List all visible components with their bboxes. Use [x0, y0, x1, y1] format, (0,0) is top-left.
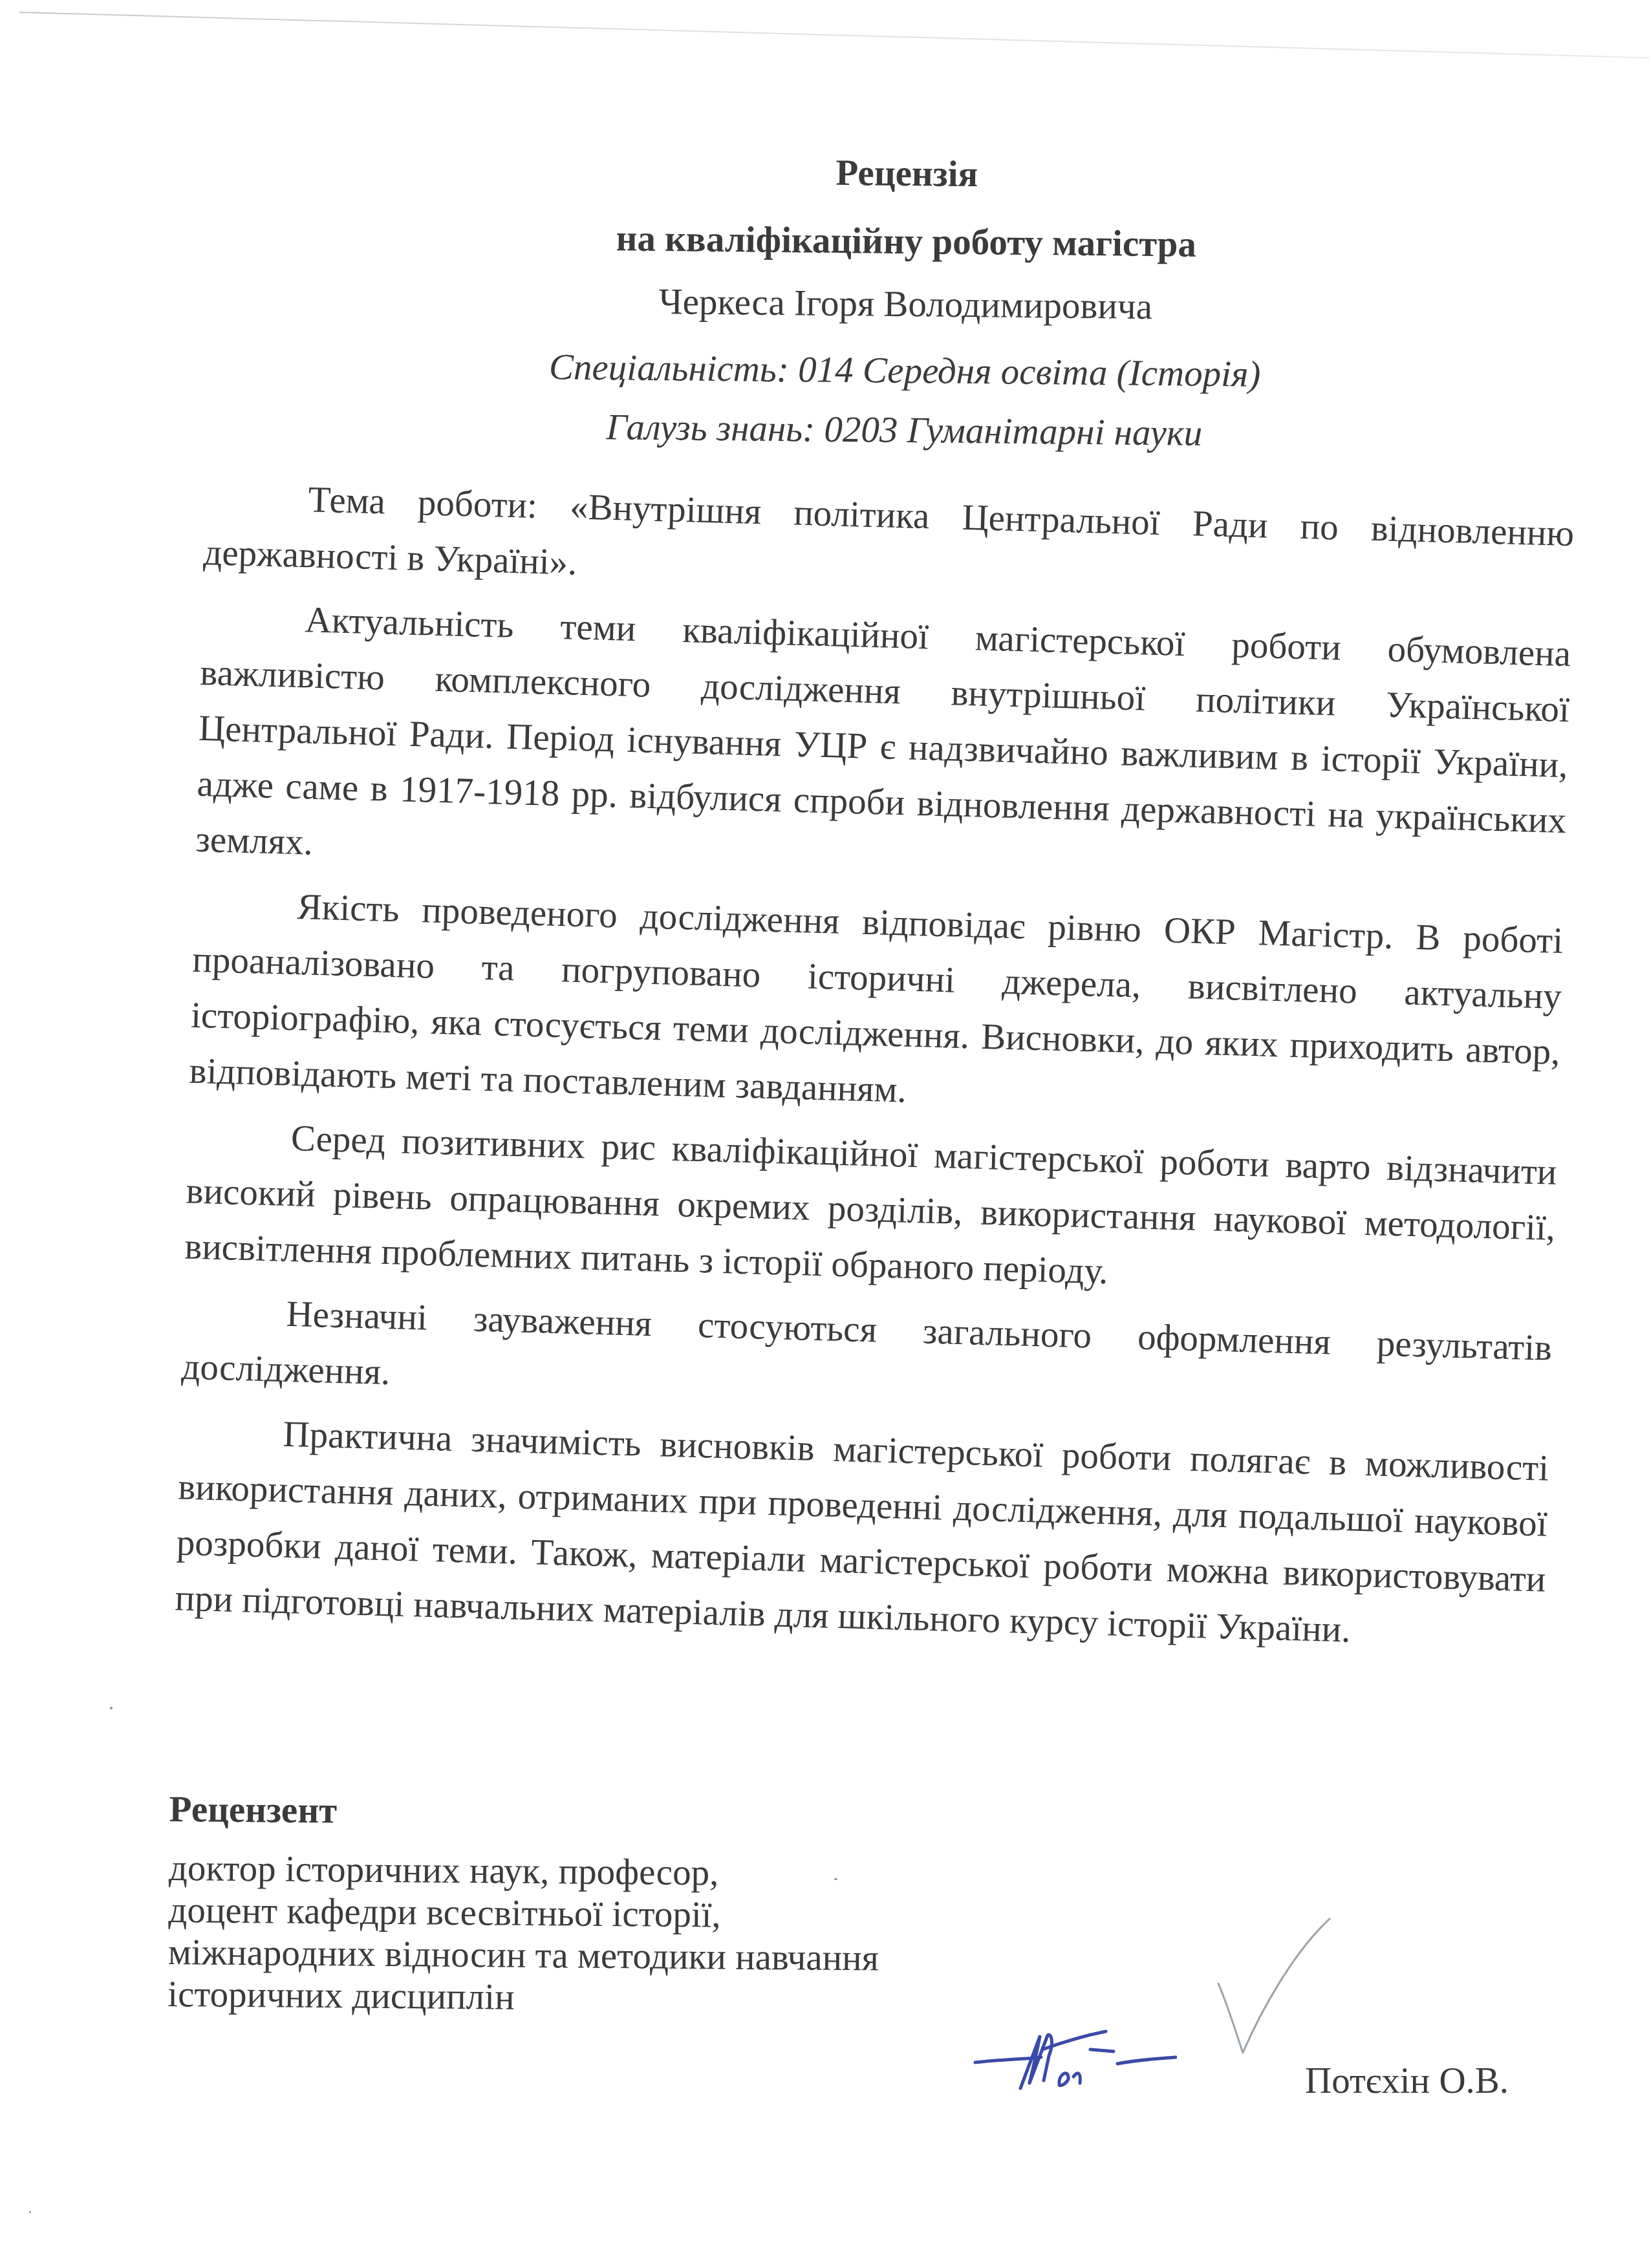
document-subtitle: на кваліфікаційну роботу магістра — [1, 213, 1649, 269]
signature-icon — [970, 2024, 1177, 2095]
paragraph-strengths: Серед позитивних рис кваліфікаційної маг… — [184, 1108, 1557, 1312]
scan-edge-artifact — [19, 12, 1649, 59]
reviewer-credential-line: доктор історичних наук, професор, — [169, 1847, 880, 1896]
review-body: Тема роботи: «Внутрішня політика Централ… — [175, 469, 1575, 1664]
reviewer-label: Рецензент — [169, 1791, 881, 1834]
scan-speck — [29, 2211, 31, 2213]
reviewer-credential-line: доцент кафедри всесвітньої історії, — [168, 1889, 879, 1938]
reviewer-block: Рецензент доктор історичних наук, профес… — [167, 1791, 880, 2022]
paragraph-relevance: Актуальність теми кваліфікаційної магіст… — [195, 590, 1571, 904]
field-of-knowledge: Галузь знань: 0203 Гуманітарні науки — [0, 402, 1649, 458]
document-title: Рецензія — [1, 145, 1649, 201]
paragraph-quality: Якість проведеного дослідження відповіда… — [189, 877, 1564, 1136]
specialty: Спеціальність: 014 Середня освіта (Істор… — [0, 343, 1649, 398]
reviewer-credential-line: історичних дисциплін — [167, 1973, 879, 2022]
checkmark-icon — [1209, 1914, 1339, 2062]
reviewer-credential-line: міжнародних відносин та методики навчанн… — [168, 1931, 879, 1980]
scan-speck — [110, 1707, 113, 1709]
reviewer-name: Потєхін О.В. — [1305, 2062, 1509, 2099]
paragraph-practical-significance: Практична значимість висновків магістерс… — [175, 1404, 1550, 1663]
document-header: Рецензія на кваліфікаційну роботу магіст… — [3, 0, 1649, 8]
student-name: Черкеса Ігоря Володимировича — [0, 276, 1649, 332]
